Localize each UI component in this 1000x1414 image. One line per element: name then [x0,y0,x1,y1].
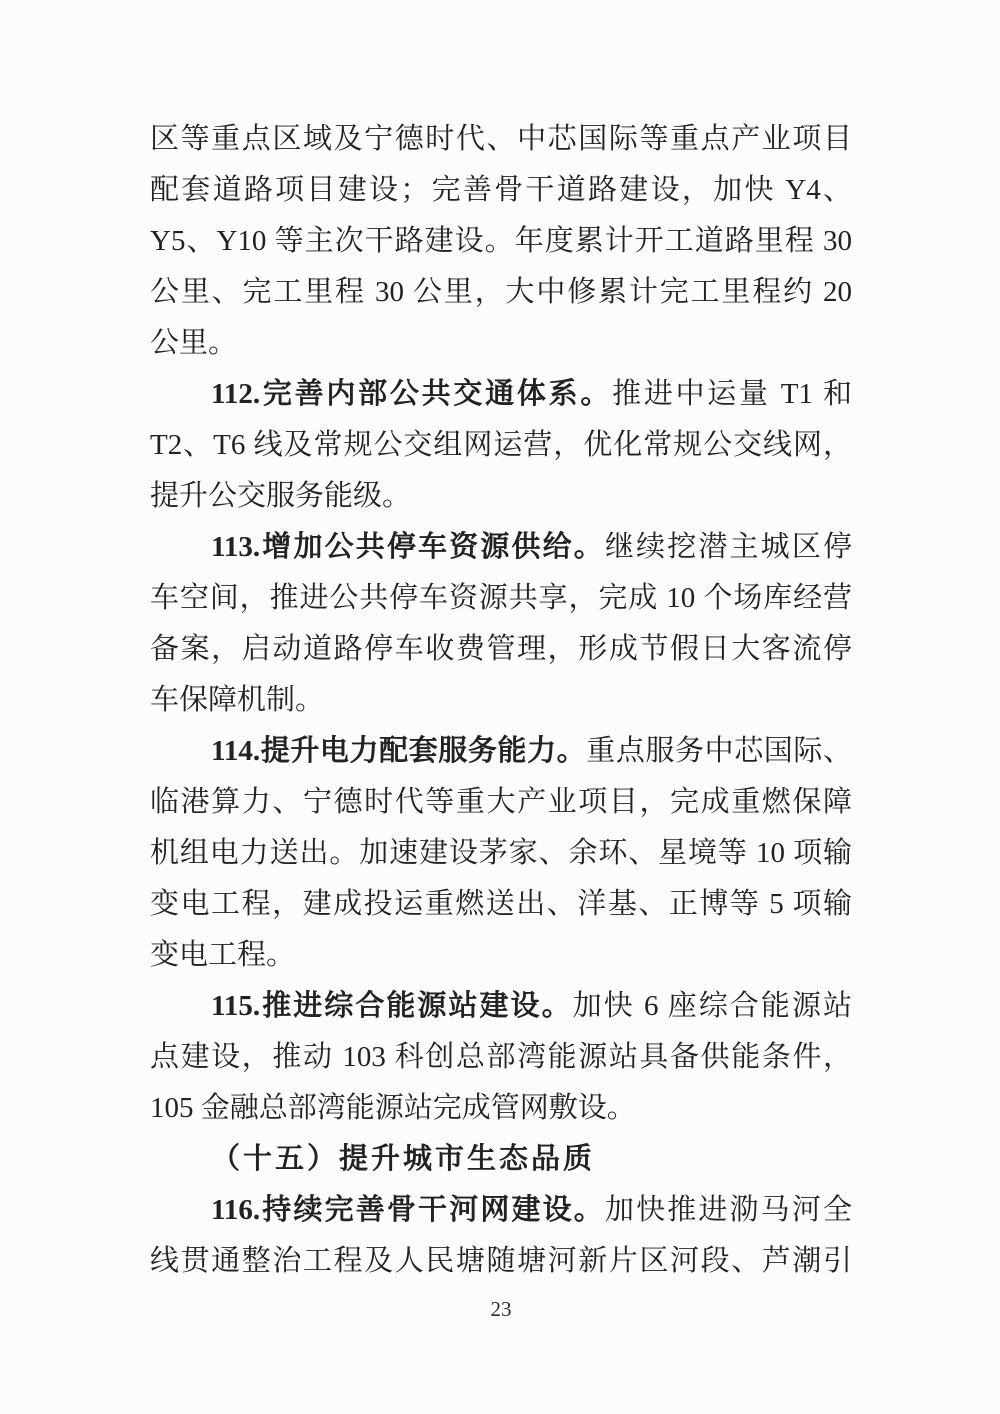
paragraph-item-116: 116.持续完善骨干河网建设。加快推进泐马河全 线贯通整治工程及人民塘随塘河新片… [150,1185,852,1287]
paragraph-item-114: 114.提升电力配套服务能力。重点服务中芯国际、 临港算力、宁德时代等重大产业项… [150,726,852,981]
page-number: 23 [150,1297,852,1322]
document-line: 112.完善内部公共交通体系。推进中运量 T1 和 [150,369,852,420]
document-line: 公里、完工里程 30 公里，大中修累计完工里程约 20 [150,267,852,318]
document-line: 车保障机制。 [150,675,852,726]
document-line: 105 金融总部湾能源站完成管网敷设。 [150,1083,852,1134]
document-line: 区等重点区域及宁德时代、中芯国际等重点产业项目 [150,114,852,165]
item-number-title: 114.提升电力配套服务能力。 [211,735,586,767]
item-number-title: 115.推进综合能源站建设。 [211,990,573,1022]
paragraph-item-112: 112.完善内部公共交通体系。推进中运量 T1 和 T2、T6 线及常规公交组网… [150,369,852,522]
document-line: 车空间，推进公共停车资源共享，完成 10 个场库经营 [150,573,852,624]
document-line: Y5、Y10 等主次干路建设。年度累计开工道路里程 30 [150,216,852,267]
document-line: 113.增加公共停车资源供给。继续挖潜主城区停 [150,522,852,573]
document-line: T2、T6 线及常规公交组网运营，优化常规公交线网， [150,420,852,471]
document-line: 变电工程，建成投运重燃送出、洋基、正博等 5 项输 [150,879,852,930]
item-number-title: 116.持续完善骨干河网建设。 [211,1194,605,1226]
document-line: 115.推进综合能源站建设。加快 6 座综合能源站 [150,981,852,1032]
document-line: 机组电力送出。加速建设茅家、余环、星境等 10 项输 [150,828,852,879]
item-text: 继续挖潜主城区停 [605,531,852,563]
document-line: 备案，启动道路停车收费管理，形成节假日大客流停 [150,624,852,675]
item-text: 推进中运量 T1 和 [612,378,852,410]
paragraph-item-115: 115.推进综合能源站建设。加快 6 座综合能源站 点建设，推动 103 科创总… [150,981,852,1134]
document-line: 公里。 [150,318,852,369]
document-body: 区等重点区域及宁德时代、中芯国际等重点产业项目 配套道路项目建设；完善骨干道路建… [150,114,852,1287]
section-heading: （十五）提升城市生态品质 [150,1134,852,1185]
paragraph-roads: 区等重点区域及宁德时代、中芯国际等重点产业项目 配套道路项目建设；完善骨干道路建… [150,114,852,369]
document-line: 116.持续完善骨干河网建设。加快推进泐马河全 [150,1185,852,1236]
document-page: 区等重点区域及宁德时代、中芯国际等重点产业项目 配套道路项目建设；完善骨干道路建… [0,0,1000,1414]
paragraph-item-113: 113.增加公共停车资源供给。继续挖潜主城区停 车空间，推进公共停车资源共享，完… [150,522,852,726]
document-line: 配套道路项目建设；完善骨干道路建设，加快 Y4、 [150,165,852,216]
document-line: 临港算力、宁德时代等重大产业项目，完成重燃保障 [150,777,852,828]
item-text: 加快 6 座综合能源站 [573,990,852,1022]
document-line: 变电工程。 [150,930,852,981]
item-text: 重点服务中芯国际、 [586,735,852,767]
document-line: 提升公交服务能级。 [150,471,852,522]
item-number-title: 112.完善内部公共交通体系。 [211,378,612,410]
document-line: 点建设，推动 103 科创总部湾能源站具备供能条件， [150,1032,852,1083]
item-number-title: 113.增加公共停车资源供给。 [211,531,605,563]
item-text: 加快推进泐马河全 [605,1194,852,1226]
document-line: 114.提升电力配套服务能力。重点服务中芯国际、 [150,726,852,777]
document-line: 线贯通整治工程及人民塘随塘河新片区河段、芦潮引 [150,1236,852,1287]
